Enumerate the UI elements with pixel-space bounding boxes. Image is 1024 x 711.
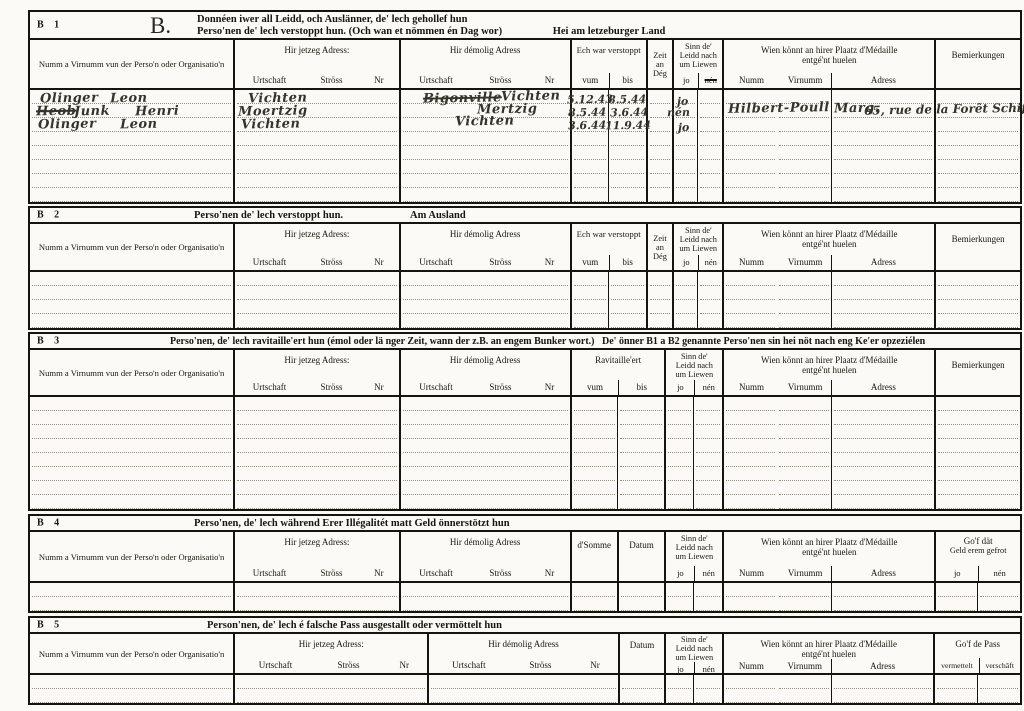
body-cell <box>777 583 831 611</box>
hw-r2-medal-numm: Hilbert-Poull <box>728 100 830 117</box>
dotted-rule <box>938 495 1018 509</box>
dotted-rule <box>620 397 663 411</box>
dotted-rule <box>237 495 396 509</box>
dotted-rule <box>726 495 775 509</box>
dotted-rule <box>938 146 1018 160</box>
dotted-rule <box>403 597 568 611</box>
dotted-rule <box>574 188 606 202</box>
sub-adress: Adress <box>831 73 934 88</box>
dotted-rule <box>237 597 396 611</box>
dotted-rule <box>834 453 933 467</box>
body-cell <box>777 397 831 509</box>
dotted-rule <box>237 146 396 160</box>
hw-r1-bis: 8.5.44 <box>608 93 647 107</box>
dotted-rule <box>650 90 671 104</box>
hw-r3-jetzeg: Vichten <box>241 116 301 132</box>
col-sinn-liewen: Sinn de'Leidd nachum Liewen jo nén <box>664 532 722 581</box>
dotted-rule <box>779 411 829 425</box>
sub-vum: vum <box>572 73 609 88</box>
dotted-rule <box>779 481 829 495</box>
b3-title: Perso'nen, de' lech ravitaille'ert hun (… <box>170 336 595 348</box>
dotted-rule <box>779 425 829 439</box>
body-cell <box>722 397 777 509</box>
sub-verschaft: verschâft <box>979 658 1020 673</box>
body-cell <box>233 397 398 509</box>
col-medaille: Wien könnt an hirer Plaatz d'Médaille en… <box>722 532 934 581</box>
dotted-rule <box>237 411 396 425</box>
dotted-rule <box>938 467 1018 481</box>
dotted-rule <box>700 146 720 160</box>
dotted-rule <box>574 439 615 453</box>
dotted-rule <box>668 583 691 597</box>
dotted-rule <box>611 132 644 146</box>
dotted-rule <box>668 411 691 425</box>
dotted-rule <box>650 188 671 202</box>
dotted-rule <box>726 597 775 611</box>
dotted-rule <box>726 160 775 174</box>
dotted-rule <box>696 453 720 467</box>
dotted-rule <box>611 272 644 286</box>
dotted-rule <box>574 411 615 425</box>
dotted-rule <box>32 160 231 174</box>
hw-r3-virnumm: Leon <box>120 117 158 133</box>
b5-body <box>30 675 1020 703</box>
dotted-rule <box>779 583 829 597</box>
body-cell <box>693 397 722 509</box>
dotted-rule <box>650 272 671 286</box>
dotted-rule <box>237 174 396 188</box>
dotted-rule <box>696 397 720 411</box>
dotted-rule <box>650 174 671 188</box>
dotted-rule <box>668 689 691 703</box>
dotted-rule <box>611 286 644 300</box>
dotted-rule <box>574 481 615 495</box>
hw-r3-liewen: jo <box>678 121 690 134</box>
dotted-rule <box>676 160 695 174</box>
body-cell <box>933 675 977 703</box>
dotted-rule <box>937 675 975 689</box>
dotted-rule <box>650 314 671 328</box>
dotted-rule <box>403 160 568 174</box>
dotted-rule <box>668 439 691 453</box>
body-cell <box>570 583 617 611</box>
dotted-rule <box>611 314 644 328</box>
b4-section-id: B 4 <box>37 518 63 529</box>
col-jetzeg-adress: Hir jetzeg Adress: Urtschaft Ströss Nr <box>233 634 427 673</box>
sub-vermettelt: vermettelt <box>935 658 978 673</box>
dotted-rule <box>32 300 231 314</box>
b2-body <box>30 272 1020 328</box>
dotted-rule <box>834 467 933 481</box>
hw-r3-vum: 3.6.44 <box>568 119 607 133</box>
col-jetzeg-adress: Hir jetzeg Adress: Urtschaft Ströss Nr <box>233 350 398 395</box>
dotted-rule <box>696 597 720 611</box>
dotted-rule <box>32 481 231 495</box>
dotted-rule <box>700 174 720 188</box>
col-verstoppt: Ech war verstoppt vum bis <box>570 40 646 88</box>
col-somme: d'Somme <box>570 532 617 581</box>
col-sinn-liewen: Sinn de'Leidd nachum Liewen jo nén <box>672 224 722 270</box>
body-cell <box>30 675 233 703</box>
body-cell <box>934 583 977 611</box>
dotted-rule <box>779 286 829 300</box>
col-medaille: Wien könnt an hirer Plaatz d'Médaille en… <box>722 634 933 673</box>
body-cell <box>831 272 935 328</box>
dotted-rule <box>696 675 720 689</box>
col-zeit: ZeitanDég <box>646 224 673 270</box>
dotted-rule <box>726 467 775 481</box>
b4-body <box>30 583 1020 611</box>
dotted-rule <box>779 675 829 689</box>
body-cell <box>697 272 722 328</box>
dotted-rule <box>574 160 606 174</box>
dotted-rule <box>32 425 231 439</box>
dotted-rule <box>403 583 568 597</box>
dotted-rule <box>726 146 775 160</box>
body-cell <box>570 397 617 509</box>
b3-section-id: B 3 <box>37 336 63 347</box>
dotted-rule <box>668 397 691 411</box>
dotted-rule <box>668 675 691 689</box>
dotted-rule <box>676 132 695 146</box>
col-gof-geld: Go'f dät Geld erem gefrot jo nén <box>934 532 1020 581</box>
dotted-rule <box>834 174 933 188</box>
dotted-rule <box>938 174 1018 188</box>
dotted-rule <box>676 286 695 300</box>
dotted-rule <box>403 439 568 453</box>
hw-r3-demolig: Vichten <box>455 113 515 129</box>
dotted-rule <box>622 675 663 689</box>
body-cell <box>617 583 665 611</box>
dotted-rule <box>32 272 231 286</box>
dotted-rule <box>726 453 775 467</box>
dotted-rule <box>700 118 720 132</box>
dotted-rule <box>700 300 720 314</box>
dotted-rule <box>650 146 671 160</box>
dotted-rule <box>834 286 933 300</box>
col-medaille: Wien könnt an hirer Plaatz d'Médaille en… <box>722 350 934 395</box>
dotted-rule <box>32 689 231 703</box>
dotted-rule <box>834 439 933 453</box>
col-medaille: Wien könnt an hirer Plaatz d'Médaille en… <box>722 224 934 270</box>
b4-title: Perso'nen, de' lech während Erer Illégal… <box>194 518 510 530</box>
dotted-rule <box>237 132 396 146</box>
dotted-rule <box>980 689 1018 703</box>
dotted-rule <box>668 481 691 495</box>
dotted-rule <box>32 411 231 425</box>
dotted-rule <box>779 397 829 411</box>
sub-jo: jo <box>674 73 698 88</box>
hw-r2-medal-adress: 65, rue de la Forêt Schifflg. <box>864 100 1024 117</box>
dotted-rule <box>726 118 775 132</box>
dotted-rule <box>574 272 606 286</box>
dotted-rule <box>403 481 568 495</box>
body-cell <box>831 397 935 509</box>
dotted-rule <box>779 118 829 132</box>
dotted-rule <box>32 675 231 689</box>
dotted-rule <box>726 425 775 439</box>
col-bemierkungen: Bemierkungen <box>934 40 1020 88</box>
dotted-rule <box>834 583 933 597</box>
dotted-rule <box>938 597 975 611</box>
dotted-rule <box>779 467 829 481</box>
dotted-rule <box>779 160 829 174</box>
dotted-rule <box>668 597 691 611</box>
dotted-rule <box>696 439 720 453</box>
dotted-rule <box>700 160 720 174</box>
dotted-rule <box>726 439 775 453</box>
dotted-rule <box>779 439 829 453</box>
body-cell <box>831 675 934 703</box>
dotted-rule <box>611 188 644 202</box>
body-cell <box>233 583 398 611</box>
body-cell <box>672 272 697 328</box>
dotted-rule <box>237 188 396 202</box>
dotted-rule <box>237 439 396 453</box>
dotted-rule <box>726 689 775 703</box>
section-b4: B 4 Perso'nen, de' lech während Erer Ill… <box>28 514 1022 613</box>
col-jetzeg-adress: Hir jetzeg Adress: Urtschaft Ströss Nr <box>233 224 398 270</box>
dotted-rule <box>32 146 231 160</box>
col-bemierkungen: Bemierkungen <box>934 224 1020 270</box>
dotted-rule <box>700 272 720 286</box>
dotted-rule <box>403 174 568 188</box>
dotted-rule <box>700 132 720 146</box>
dotted-rule <box>980 597 1018 611</box>
dotted-rule <box>32 314 231 328</box>
dotted-rule <box>726 132 775 146</box>
dotted-rule <box>726 675 775 689</box>
body-cell <box>977 583 1020 611</box>
b2-title: Perso'nen de' lech verstoppt hun. <box>194 210 343 222</box>
dotted-rule <box>32 174 231 188</box>
hw-r2-bis: 3.6.44 <box>610 106 649 120</box>
dotted-rule <box>700 314 720 328</box>
dotted-rule <box>779 597 829 611</box>
dotted-rule <box>32 583 231 597</box>
b2-title-right: Am Ausland <box>410 210 466 222</box>
dotted-rule <box>696 495 720 509</box>
dotted-rule <box>403 411 568 425</box>
body-cell <box>30 583 233 611</box>
b3-body <box>30 397 1020 509</box>
col-jetzeg-adress: Hir jetzeg Adress: Urtschaft Ströss Nr <box>233 40 398 88</box>
dotted-rule <box>403 397 568 411</box>
dotted-rule <box>574 467 615 481</box>
body-cell <box>233 675 427 703</box>
b5-column-headers: Numm a Virnumm vun der Perso'n oder Orga… <box>30 634 1020 675</box>
col-demolig-adress: Hir démolig Adress Urtschaft Ströss Nr <box>399 532 570 581</box>
dotted-rule <box>980 675 1018 689</box>
body-cell <box>664 675 693 703</box>
body-cell <box>697 90 722 202</box>
dotted-rule <box>834 118 933 132</box>
dotted-rule <box>696 425 720 439</box>
dotted-rule <box>403 286 568 300</box>
dotted-rule <box>32 597 231 611</box>
col-zeit: ZeitanDég <box>646 40 673 88</box>
dotted-rule <box>611 160 644 174</box>
body-cell <box>399 397 570 509</box>
dotted-rule <box>779 188 829 202</box>
dotted-rule <box>403 467 568 481</box>
dotted-rule <box>779 272 829 286</box>
dotted-rule <box>676 314 695 328</box>
dotted-rule <box>620 495 663 509</box>
section-b3: B 3 Perso'nen, de' lech ravitaille'ert h… <box>28 332 1022 511</box>
body-cell <box>608 272 646 328</box>
dotted-rule <box>938 453 1018 467</box>
dotted-rule <box>574 495 615 509</box>
body-cell <box>233 272 398 328</box>
section-b2: B 2 Perso'nen de' lech verstoppt hun. Am… <box>28 206 1022 330</box>
body-cell <box>722 675 777 703</box>
dotted-rule <box>574 425 615 439</box>
dotted-rule <box>32 286 231 300</box>
dotted-rule <box>726 174 775 188</box>
dotted-rule <box>834 597 933 611</box>
dotted-rule <box>621 597 663 611</box>
sub-bis: bis <box>609 73 646 88</box>
dotted-rule <box>621 583 663 597</box>
col-demolig-adress: Hir démolig Adress Urtschaft Ströss Nr <box>399 224 570 270</box>
sub-nen-struck: nén <box>698 73 722 88</box>
dotted-rule <box>620 481 663 495</box>
dotted-rule <box>668 495 691 509</box>
dotted-rule <box>938 314 1018 328</box>
dotted-rule <box>726 314 775 328</box>
b5-title-band: B 5 Person'nen, de' lech é falsche Pass … <box>30 618 1020 634</box>
body-cell <box>617 397 665 509</box>
dotted-rule <box>834 425 933 439</box>
dotted-rule <box>779 495 829 509</box>
col-sinn-liewen: Sinn de'Leidd nachum Liewen jo nén <box>664 634 722 673</box>
body-cell <box>570 272 608 328</box>
body-cell <box>664 397 693 509</box>
b1-title: Donnéen iwer all Leidd, och Auslänner, d… <box>197 14 665 38</box>
dotted-rule <box>237 453 396 467</box>
dotted-rule <box>622 689 663 703</box>
dotted-rule <box>938 160 1018 174</box>
dotted-rule <box>726 583 775 597</box>
dotted-rule <box>726 272 775 286</box>
dotted-rule <box>650 132 671 146</box>
col-sinn-liewen: Sinn de'Leidd nachum Liewen jo nén <box>672 40 722 88</box>
col-numm-virnumm: Numm a Virnumm vun der Perso'n oder Orga… <box>30 40 233 88</box>
dotted-rule <box>696 481 720 495</box>
dotted-rule <box>834 481 933 495</box>
dotted-rule <box>403 453 568 467</box>
dotted-rule <box>938 300 1018 314</box>
dotted-rule <box>237 272 396 286</box>
dotted-rule <box>696 411 720 425</box>
dotted-rule <box>834 675 932 689</box>
dotted-rule <box>726 286 775 300</box>
body-cell <box>777 272 831 328</box>
dotted-rule <box>834 314 933 328</box>
dotted-rule <box>403 146 568 160</box>
b1-big-letter: B. <box>150 13 171 39</box>
dotted-rule <box>938 439 1018 453</box>
dotted-rule <box>676 174 695 188</box>
col-ravitailleert: Ravitaille'ert vum bis <box>570 350 665 395</box>
dotted-rule <box>938 272 1018 286</box>
hw-r2-liewen: nén <box>667 106 690 119</box>
dotted-rule <box>834 160 933 174</box>
body-cell <box>399 272 570 328</box>
dotted-rule <box>696 689 720 703</box>
dotted-rule <box>574 132 606 146</box>
b2-title-band: B 2 Perso'nen de' lech verstoppt hun. Am… <box>30 208 1020 224</box>
dotted-rule <box>32 467 231 481</box>
b3-title-band: B 3 Perso'nen, de' lech ravitaille'ert h… <box>30 334 1020 350</box>
dotted-rule <box>726 411 775 425</box>
dotted-rule <box>574 146 606 160</box>
dotted-rule <box>620 439 663 453</box>
dotted-rule <box>650 160 671 174</box>
body-cell <box>722 583 777 611</box>
col-numm-virnumm: Numm a Virnumm vun der Perso'n oder Orga… <box>30 532 233 581</box>
dotted-rule <box>779 132 829 146</box>
dotted-rule <box>237 300 396 314</box>
body-cell <box>693 583 722 611</box>
dotted-rule <box>700 188 720 202</box>
dotted-rule <box>237 425 396 439</box>
dotted-rule <box>650 300 671 314</box>
dotted-rule <box>32 453 231 467</box>
dotted-rule <box>726 300 775 314</box>
b2-column-headers: Numm a Virnumm vun der Perso'n oder Orga… <box>30 224 1020 272</box>
col-gof-pass: Go'f de Pass vermettelt verschâft <box>933 634 1020 673</box>
hw-r2-vum: 8.5.44 <box>568 106 607 120</box>
col-medaille: Wien könnt an hirer Plaatz d'Médaille en… <box>722 40 934 88</box>
body-cell <box>399 583 570 611</box>
body-cell <box>646 272 673 328</box>
dotted-rule <box>938 411 1018 425</box>
dotted-rule <box>779 453 829 467</box>
b5-title: Person'nen, de' lech é falsche Pass ausg… <box>207 620 502 632</box>
dotted-rule <box>32 397 231 411</box>
dotted-rule <box>676 146 695 160</box>
b1-section-id: B 1 <box>37 20 63 31</box>
dotted-rule <box>668 453 691 467</box>
col-numm-virnumm: Numm a Virnumm vun der Perso'n oder Orga… <box>30 224 233 270</box>
dotted-rule <box>834 272 933 286</box>
dotted-rule <box>696 467 720 481</box>
col-numm-virnumm: Numm a Virnumm vun der Perso'n oder Orga… <box>30 350 233 395</box>
dotted-rule <box>938 286 1018 300</box>
dotted-rule <box>237 286 396 300</box>
dotted-rule <box>431 675 615 689</box>
dotted-rule <box>237 397 396 411</box>
dotted-rule <box>938 583 975 597</box>
b4-title-band: B 4 Perso'nen, de' lech während Erer Ill… <box>30 516 1020 532</box>
body-cell <box>618 675 665 703</box>
hw-r1-vum: 5.12.43 <box>567 93 613 107</box>
dotted-rule <box>980 583 1018 597</box>
dotted-rule <box>676 272 695 286</box>
dotted-rule <box>779 689 829 703</box>
body-cell <box>831 583 935 611</box>
dotted-rule <box>403 495 568 509</box>
dotted-rule <box>668 425 691 439</box>
dotted-rule <box>938 397 1018 411</box>
b1-title-band: B 1 B. Donnéen iwer all Leidd, och Auslä… <box>30 12 1020 40</box>
dotted-rule <box>611 300 644 314</box>
dotted-rule <box>620 467 663 481</box>
body-cell <box>30 272 233 328</box>
dotted-rule <box>650 286 671 300</box>
